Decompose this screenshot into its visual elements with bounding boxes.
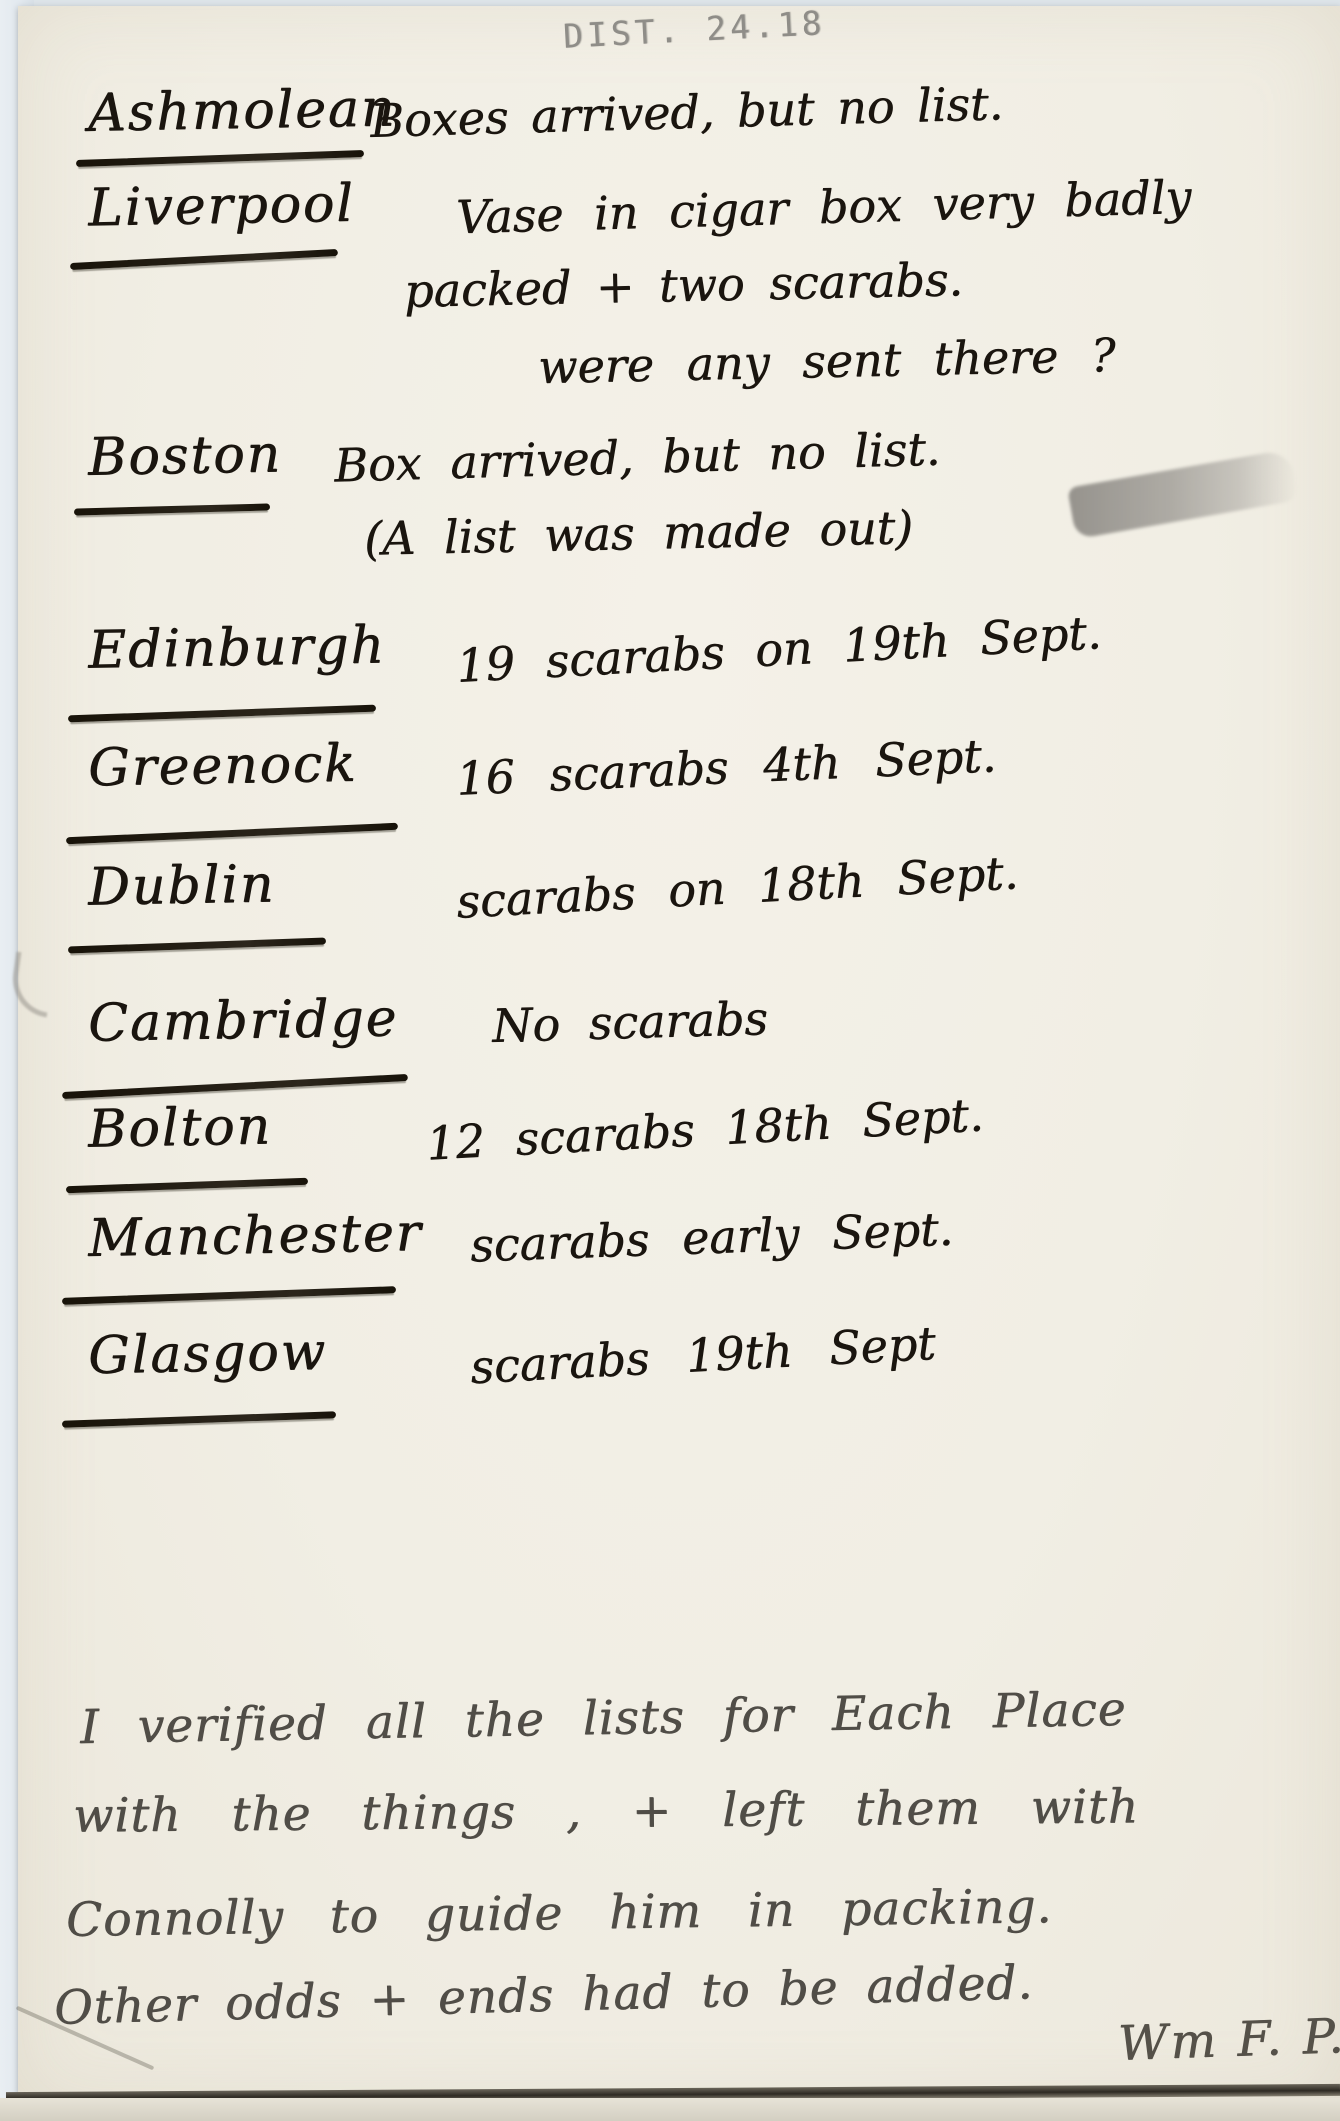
place-underline	[62, 1074, 408, 1099]
entry-note: Box arrived, but no list.	[333, 422, 941, 493]
entry-note: scarabs early Sept.	[469, 1202, 954, 1273]
place-name-glasgow: Glasgow	[87, 1322, 327, 1386]
place-underline	[70, 249, 338, 270]
entry-note: Boxes arrived, but no list.	[369, 76, 1003, 148]
place-underline	[66, 1178, 308, 1193]
place-name-ashmolean: Ashmolean	[87, 78, 396, 143]
place-underline	[62, 1411, 336, 1428]
entry-note-continued: (A list was made out)	[363, 500, 913, 565]
place-underline	[74, 503, 270, 515]
place-name-dublin: Dublin	[87, 854, 275, 917]
entry-note: 12 scarabs 18th Sept.	[425, 1087, 985, 1170]
closing-note-line: Connolly to guide him in packing.	[66, 1879, 1053, 1948]
entry-note: scarabs 19th Sept	[469, 1316, 937, 1394]
place-name-greenock: Greenock	[87, 734, 357, 799]
place-name-edinburgh: Edinburgh	[87, 615, 386, 680]
place-underline	[62, 1286, 396, 1305]
entry-note: 19 scarabs on 19th Sept.	[455, 605, 1102, 693]
scan-background-bottom	[0, 2098, 1340, 2121]
reference-number: DIST. 24.18	[562, 3, 826, 56]
entry-note: scarabs on 18th Sept.	[455, 845, 1019, 928]
place-name-bolton: Bolton	[87, 1096, 272, 1159]
place-underline	[66, 823, 398, 844]
paper-sheet: DIST. 24.18 Ashmolean Boxes arrived, but…	[18, 6, 1340, 2108]
entry-note-continued: were any sent there ?	[537, 328, 1115, 394]
entry-note-continued: packed + two scarabs.	[403, 252, 963, 318]
place-name-cambridge: Cambridge	[88, 988, 399, 1053]
signature: Wm F. P.	[1117, 2008, 1340, 2072]
entry-note: Vase in cigar box very badly	[455, 170, 1192, 245]
entry-note: No scarabs	[491, 991, 768, 1053]
scanned-note-page: DIST. 24.18 Ashmolean Boxes arrived, but…	[0, 0, 1340, 2121]
place-underline	[76, 150, 364, 167]
closing-note-line: Other odds + ends had to be added.	[53, 1955, 1033, 2036]
place-name-manchester: Manchester	[88, 1203, 423, 1269]
place-name-liverpool: Liverpool	[87, 174, 355, 239]
closing-note-line: with the things , + left them with	[73, 1779, 1139, 1843]
closing-note-line: I verified all the lists for Each Place	[80, 1682, 1127, 1755]
place-underline	[68, 938, 326, 954]
pencil-scribble-mark	[1067, 449, 1299, 539]
place-name-boston: Boston	[87, 424, 282, 487]
entry-note: 16 scarabs 4th Sept.	[455, 728, 997, 806]
place-underline	[68, 705, 376, 723]
